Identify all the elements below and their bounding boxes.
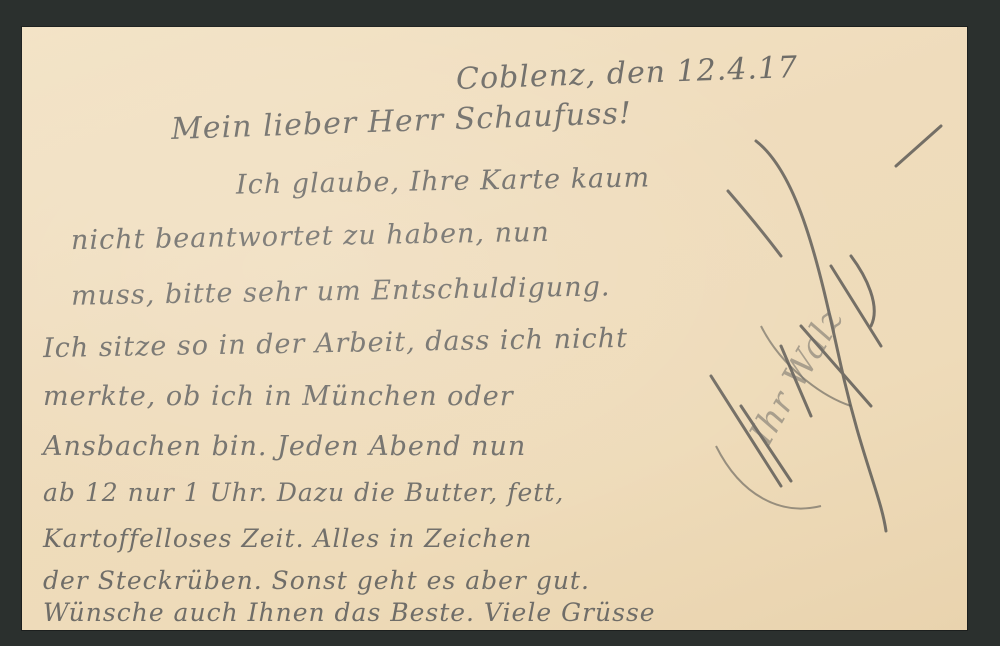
postcard: Coblenz, den 12.4.17 Mein lieber Herr Sc… <box>21 26 968 631</box>
